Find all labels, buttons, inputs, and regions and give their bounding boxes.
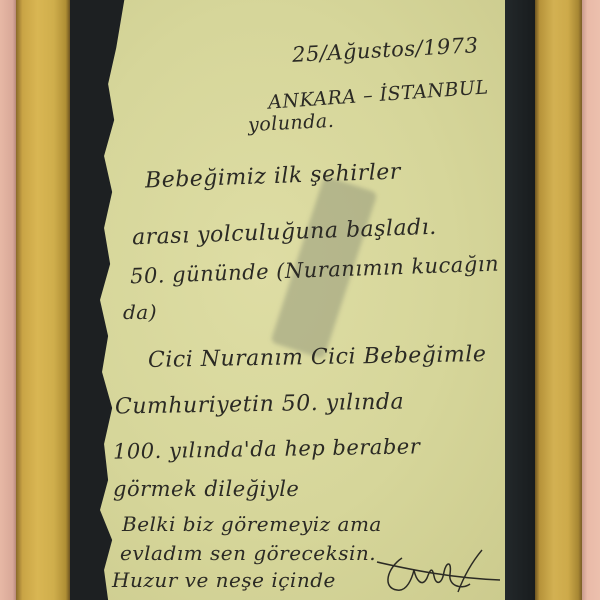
wall-left bbox=[0, 0, 16, 600]
signature-icon bbox=[372, 548, 502, 598]
note-line: evladım sen göreceksin. bbox=[120, 541, 376, 565]
note-line: Belki biz göremeyiz ama bbox=[122, 512, 382, 536]
wall-right bbox=[582, 0, 600, 600]
note-route-suffix: yolunda. bbox=[247, 110, 334, 136]
note-line: Cumhuriyetin 50. yılında bbox=[115, 389, 405, 419]
note-line: görmek dileğiyle bbox=[113, 477, 299, 501]
gold-frame-right bbox=[535, 0, 582, 600]
black-mat-right bbox=[505, 0, 535, 600]
note-line: Huzur ve neşe içinde bbox=[112, 568, 336, 592]
gold-frame-left bbox=[16, 0, 70, 600]
note-line: da) bbox=[123, 300, 157, 324]
